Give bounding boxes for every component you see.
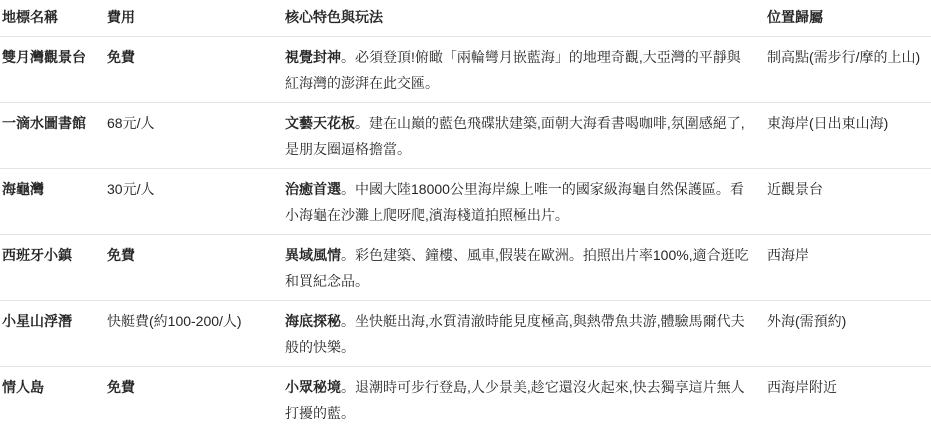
features-cell: 小眾秘境。退潮時可步行登島,人少景美,趁它還沒火起來,快去獨享這片無人打擾的藍。 [283,367,765,427]
table-row: 情人島 免費 小眾秘境。退潮時可步行登島,人少景美,趁它還沒火起來,快去獨享這片… [0,367,931,427]
attractions-table: 地標名稱 費用 核心特色與玩法 位置歸屬 雙月灣觀景台 免費 視覺封神。必須登頂… [0,0,931,427]
features-cell: 文藝天花板。建在山巔的藍色飛碟狀建築,面朝大海看書喝咖啡,氛圍感絕了,是朋友圈逼… [283,103,765,169]
table-row: 小星山浮潛 快艇費(約100-200/人) 海底探秘。坐快艇出海,水質清澈時能見… [0,301,931,367]
feature-description: 。退潮時可步行登島,人少景美,趁它還沒火起來,快去獨享這片無人打擾的藍。 [285,379,745,421]
table-row: 海龜灣 30元/人 治癒首選。中國大陸18000公里海岸線上唯一的國家級海龜自然… [0,169,931,235]
column-header-location: 位置歸屬 [765,0,931,37]
features-cell: 海底探秘。坐快艇出海,水質清澈時能見度極高,與熱帶魚共游,體驗馬爾代夫般的快樂。 [283,301,765,367]
location-cell: 外海(需預約) [765,301,931,367]
feature-description: 。彩色建築、鐘樓、風車,假裝在歐洲。拍照出片率100%,適合逛吃和買紀念品。 [285,247,749,289]
fee-cell: 快艇費(約100-200/人) [105,301,283,367]
feature-highlight: 治癒首選 [285,181,341,197]
fee-cell: 30元/人 [105,169,283,235]
table-row: 西班牙小鎮 免費 異域風情。彩色建築、鐘樓、風車,假裝在歐洲。拍照出片率100%… [0,235,931,301]
feature-description: 。坐快艇出海,水質清澈時能見度極高,與熱帶魚共游,體驗馬爾代夫般的快樂。 [285,313,745,355]
location-cell: 制高點(需步行/摩的上山) [765,37,931,103]
landmark-name-cell: 一滴水圖書館 [0,103,105,169]
feature-description: 。中國大陸18000公里海岸線上唯一的國家級海龜自然保護區。看小海龜在沙灘上爬呀… [285,181,744,223]
feature-highlight: 小眾秘境 [285,379,341,395]
location-cell: 東海岸(日出東山海) [765,103,931,169]
features-cell: 視覺封神。必須登頂!俯瞰「兩輪彎月嵌藍海」的地理奇觀,大亞灣的平靜與紅海灣的澎湃… [283,37,765,103]
fee-cell: 68元/人 [105,103,283,169]
fee-cell: 免費 [105,367,283,427]
landmark-name-cell: 雙月灣觀景台 [0,37,105,103]
column-header-fee: 費用 [105,0,283,37]
feature-highlight: 視覺封神 [285,49,341,65]
column-header-landmark-name: 地標名稱 [0,0,105,37]
feature-highlight: 海底探秘 [285,313,341,329]
column-header-features: 核心特色與玩法 [283,0,765,37]
table-row: 一滴水圖書館 68元/人 文藝天花板。建在山巔的藍色飛碟狀建築,面朝大海看書喝咖… [0,103,931,169]
feature-highlight: 文藝天花板 [285,115,355,131]
location-cell: 西海岸 [765,235,931,301]
feature-description: 。必須登頂!俯瞰「兩輪彎月嵌藍海」的地理奇觀,大亞灣的平靜與紅海灣的澎湃在此交匯… [285,49,741,91]
features-cell: 異域風情。彩色建築、鐘樓、風車,假裝在歐洲。拍照出片率100%,適合逛吃和買紀念… [283,235,765,301]
table-row: 雙月灣觀景台 免費 視覺封神。必須登頂!俯瞰「兩輪彎月嵌藍海」的地理奇觀,大亞灣… [0,37,931,103]
features-cell: 治癒首選。中國大陸18000公里海岸線上唯一的國家級海龜自然保護區。看小海龜在沙… [283,169,765,235]
location-cell: 西海岸附近 [765,367,931,427]
landmark-name-cell: 西班牙小鎮 [0,235,105,301]
landmark-name-cell: 海龜灣 [0,169,105,235]
header-row: 地標名稱 費用 核心特色與玩法 位置歸屬 [0,0,931,37]
fee-cell: 免費 [105,37,283,103]
landmark-name-cell: 情人島 [0,367,105,427]
feature-highlight: 異域風情 [285,247,341,263]
landmark-name-cell: 小星山浮潛 [0,301,105,367]
fee-cell: 免費 [105,235,283,301]
location-cell: 近觀景台 [765,169,931,235]
